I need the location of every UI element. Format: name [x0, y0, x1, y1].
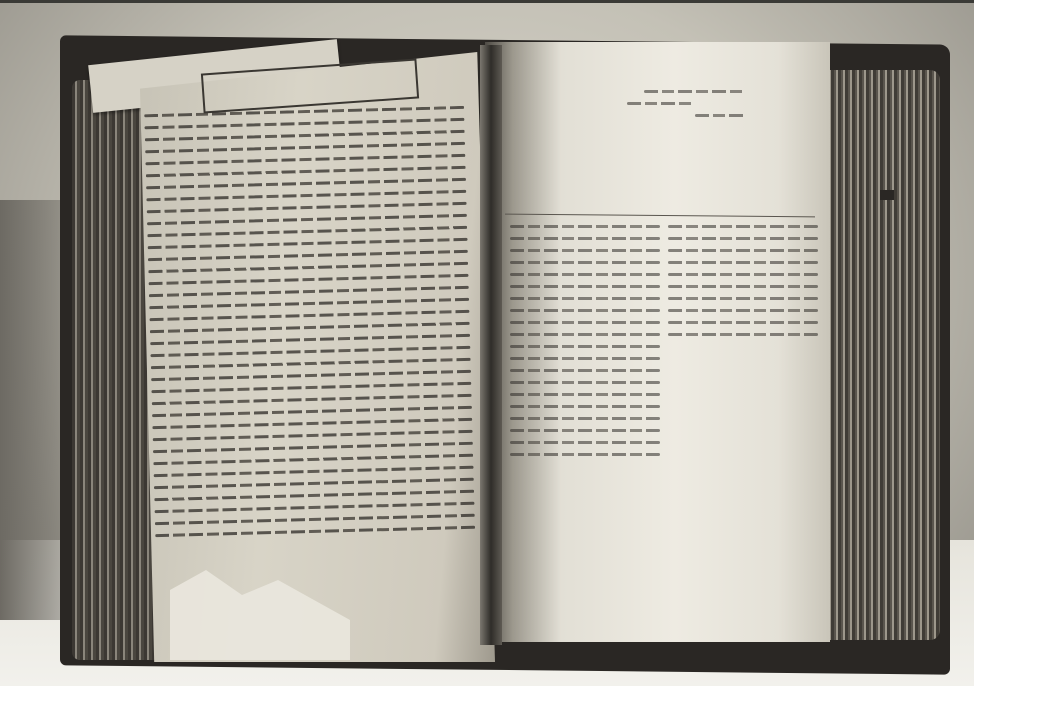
- manuscript-photo: Black-and-white photograph of an open ol…: [0, 0, 974, 686]
- right-page-column-2: [668, 225, 818, 365]
- right-page-top-notes: [610, 90, 780, 180]
- book-gutter: [480, 45, 502, 645]
- left-page-handwriting: [144, 106, 476, 564]
- white-margin: [974, 0, 1056, 704]
- right-page-column-1: [510, 225, 660, 505]
- book-clasp: [880, 190, 894, 200]
- right-page-edges: [820, 70, 940, 640]
- photo-top-border: [0, 0, 974, 3]
